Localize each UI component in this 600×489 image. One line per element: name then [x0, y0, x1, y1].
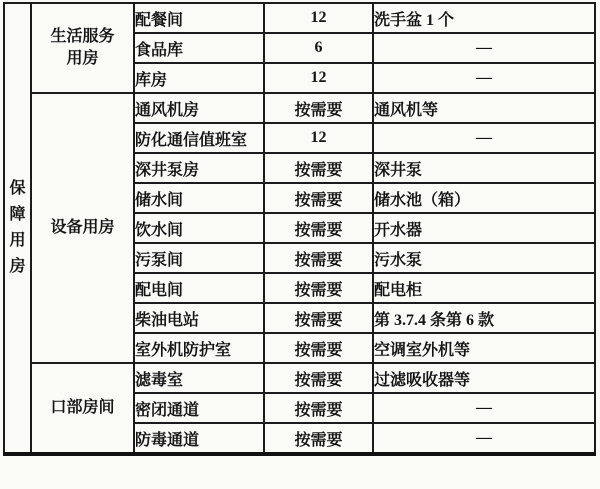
value-cell: 12 [264, 123, 373, 153]
value-cell: 6 [264, 33, 373, 63]
note-cell: 配电柜 [373, 273, 595, 303]
note-cell: 洗手盆 1 个 [373, 3, 595, 33]
table-row: 保障用房 生活服务用房 配餐间 12 洗手盆 1 个 [4, 3, 595, 33]
value-cell: 12 [264, 63, 373, 93]
value-cell: 按需要 [264, 423, 373, 454]
note-cell: — [373, 393, 595, 423]
group-cell-equipment: 设备用房 [31, 93, 134, 363]
note-cell: — [373, 123, 595, 153]
note-cell: — [373, 63, 595, 93]
value-cell: 按需要 [264, 93, 373, 123]
room-cell: 滤毒室 [134, 363, 264, 393]
group-cell-life-service: 生活服务用房 [31, 3, 134, 93]
room-cell: 通风机房 [134, 93, 264, 123]
room-cell: 防毒通道 [134, 423, 264, 454]
value-cell: 按需要 [264, 333, 373, 363]
room-cell: 配餐间 [134, 3, 264, 33]
value-cell: 按需要 [264, 213, 373, 243]
room-cell: 储水间 [134, 183, 264, 213]
value-cell: 按需要 [264, 243, 373, 273]
room-cell: 密闭通道 [134, 393, 264, 423]
table-row: 口部房间 滤毒室 按需要 过滤吸收器等 [4, 363, 595, 393]
room-cell: 柴油电站 [134, 303, 264, 333]
value-cell: 按需要 [264, 393, 373, 423]
table-row: 设备用房 通风机房 按需要 通风机等 [4, 93, 595, 123]
room-cell: 食品库 [134, 33, 264, 63]
note-cell: — [373, 423, 595, 454]
scanned-table-page: 保障用房 生活服务用房 配餐间 12 洗手盆 1 个 食品库 6 — 库房 12… [3, 2, 596, 456]
note-cell: 开水器 [373, 213, 595, 243]
note-cell: 空调室外机等 [373, 333, 595, 363]
room-cell: 饮水间 [134, 213, 264, 243]
category-cell-support-rooms: 保障用房 [4, 3, 31, 454]
value-cell: 按需要 [264, 303, 373, 333]
room-cell: 防化通信值班室 [134, 123, 264, 153]
value-cell: 按需要 [264, 183, 373, 213]
room-cell: 库房 [134, 63, 264, 93]
note-cell: 过滤吸收器等 [373, 363, 595, 393]
room-requirements-table: 保障用房 生活服务用房 配餐间 12 洗手盆 1 个 食品库 6 — 库房 12… [3, 2, 596, 456]
value-cell: 12 [264, 3, 373, 33]
note-cell: 深井泵 [373, 153, 595, 183]
group-cell-entrance-rooms: 口部房间 [31, 363, 134, 454]
note-cell: 通风机等 [373, 93, 595, 123]
value-cell: 按需要 [264, 273, 373, 303]
group-label: 生活服务用房 [48, 26, 118, 70]
value-cell: 按需要 [264, 363, 373, 393]
room-cell: 室外机防护室 [134, 333, 264, 363]
note-cell: 第 3.7.4 条第 6 款 [373, 303, 595, 333]
note-cell: — [373, 33, 595, 63]
room-cell: 深井泵房 [134, 153, 264, 183]
group-label: 口部房间 [50, 397, 114, 419]
room-cell: 污泵间 [134, 243, 264, 273]
room-cell: 配电间 [134, 273, 264, 303]
value-cell: 按需要 [264, 153, 373, 183]
group-label: 设备用房 [50, 217, 114, 239]
note-cell: 储水池（箱） [373, 183, 595, 213]
note-cell: 污水泵 [373, 243, 595, 273]
